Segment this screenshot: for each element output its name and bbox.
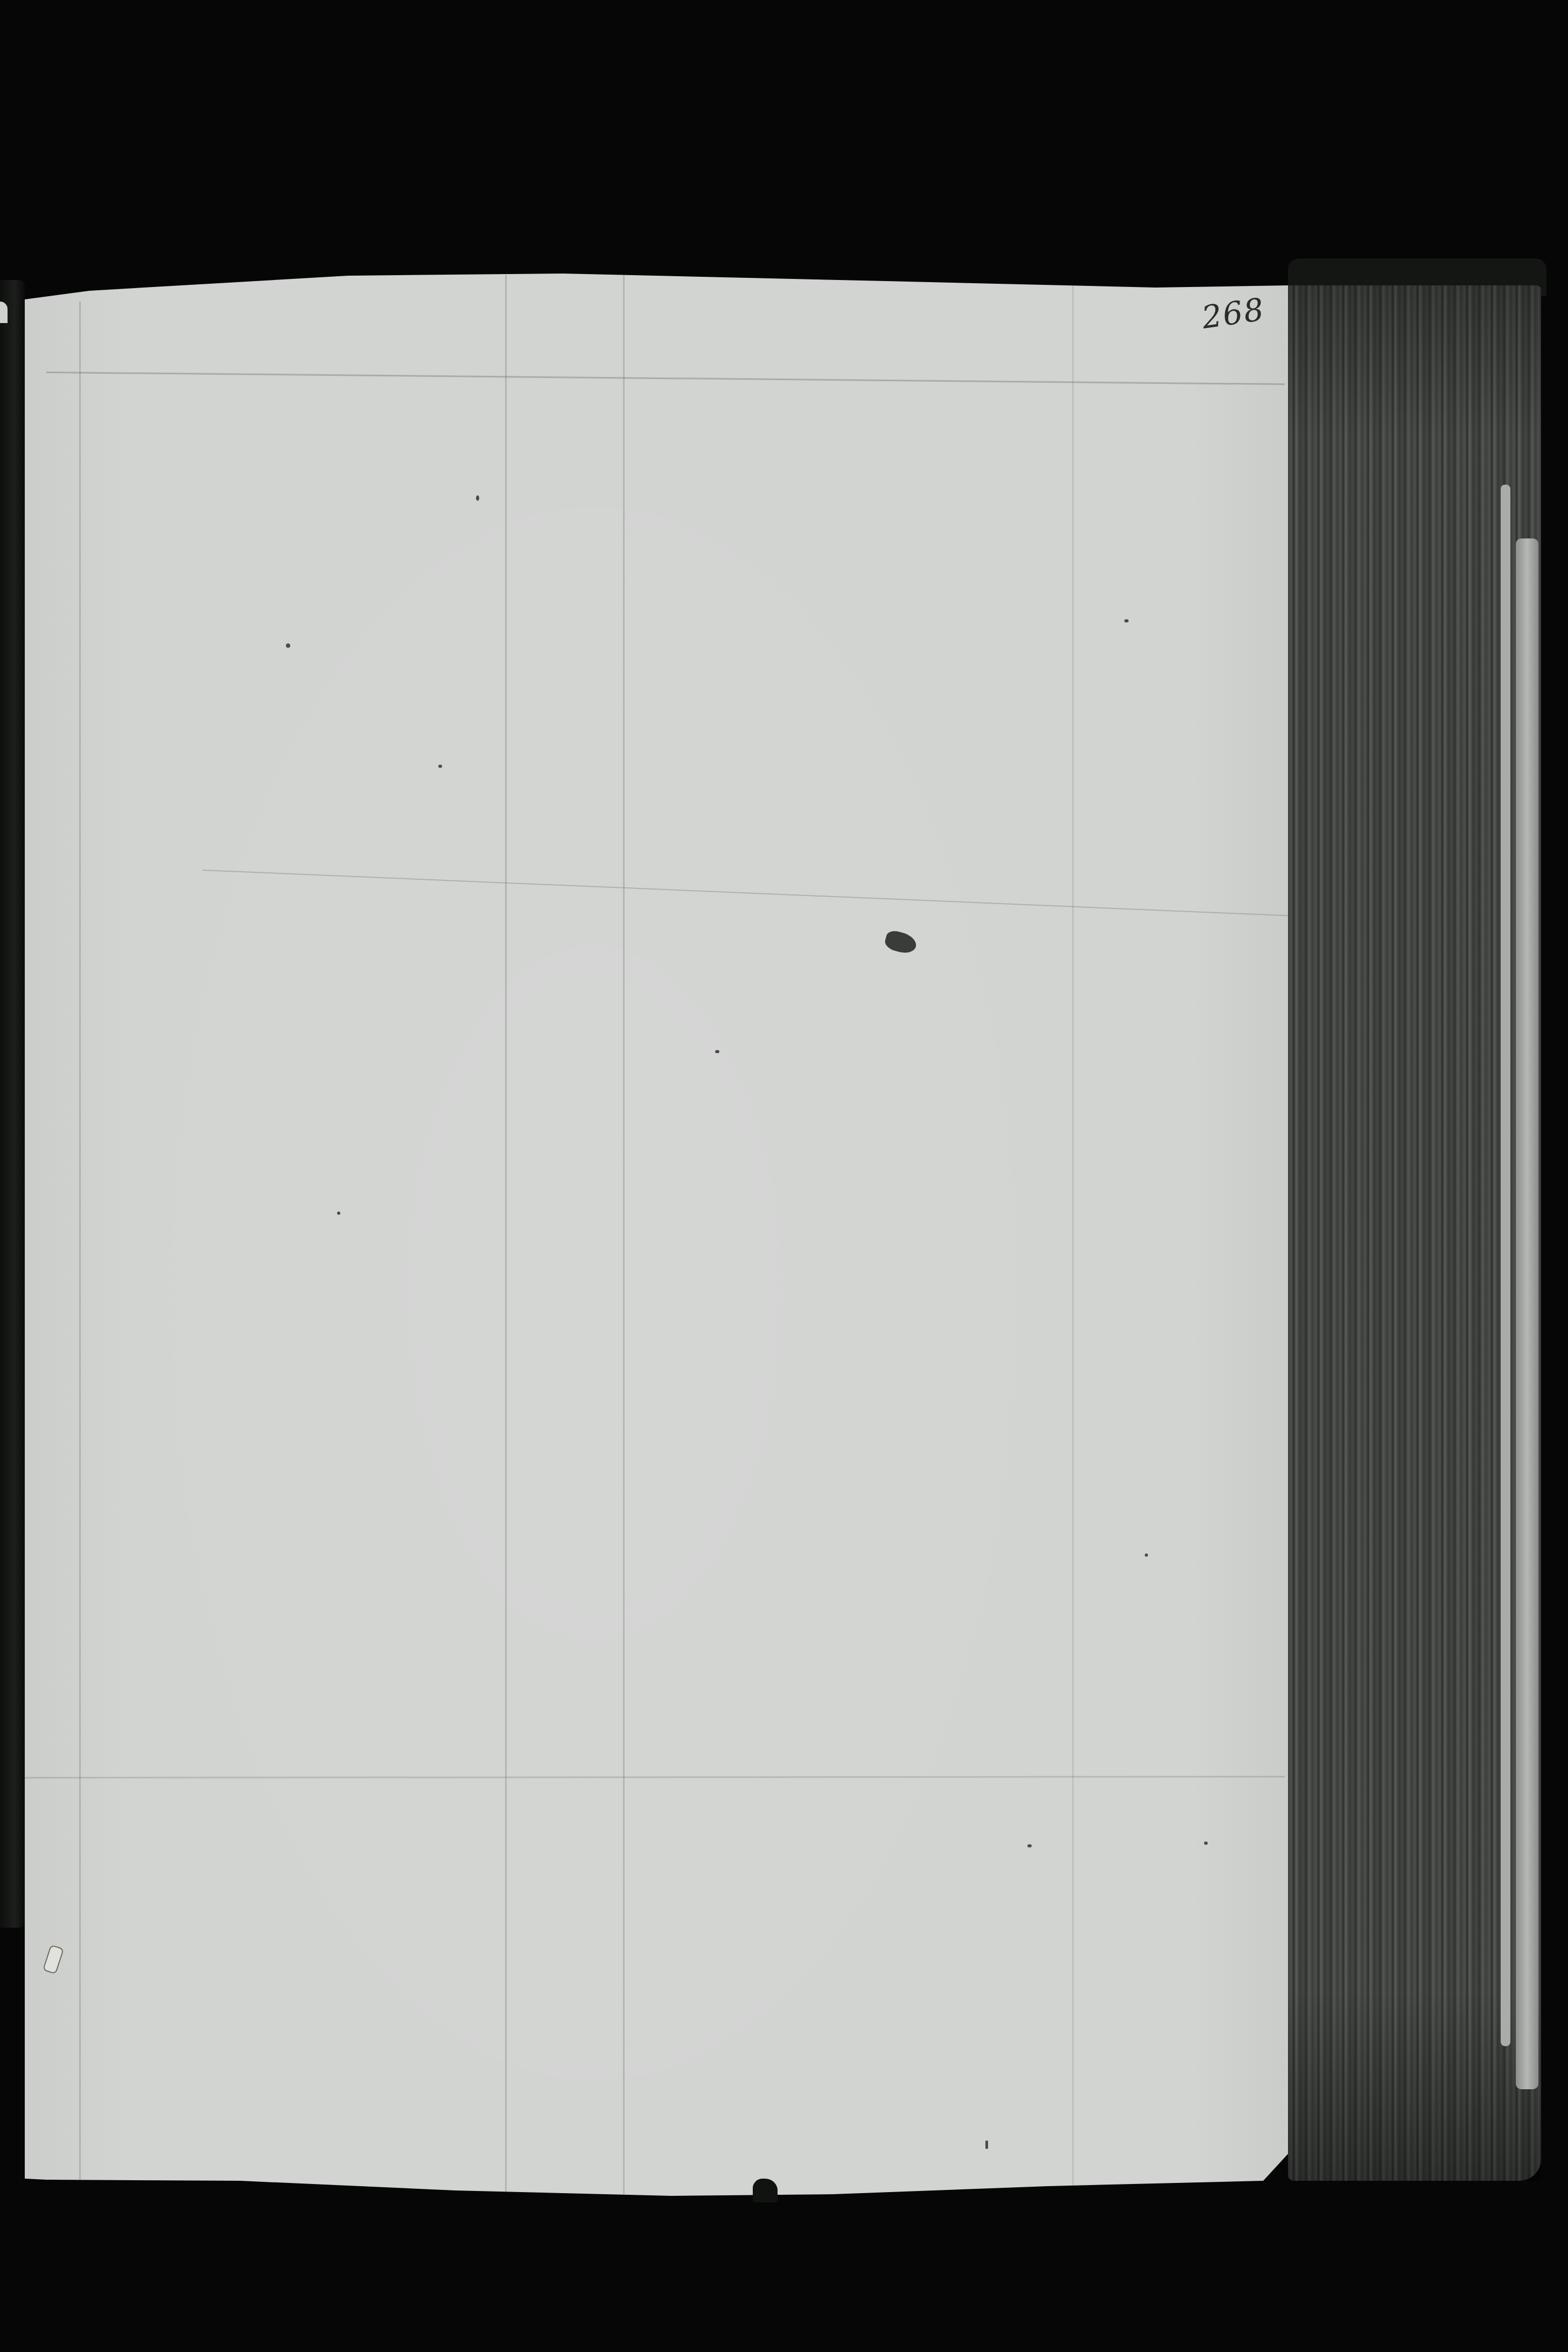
- speck: [337, 1212, 340, 1215]
- column-rule-1: [505, 275, 507, 2192]
- speck: [476, 495, 479, 501]
- speck: [1204, 1842, 1208, 1845]
- speck: [715, 1050, 719, 1053]
- facing-page-corner: [0, 302, 8, 323]
- fore-edge-light-strip: [1501, 485, 1510, 2046]
- facing-page-edge: [0, 280, 25, 1928]
- page-shading: [25, 0, 1290, 2352]
- speck: [1124, 619, 1129, 622]
- scan-background: 268: [0, 0, 1568, 2352]
- speck: [1145, 1553, 1148, 1557]
- speck: [286, 643, 290, 648]
- column-rule-3: [1072, 283, 1074, 2186]
- speck: [438, 765, 442, 768]
- speck: [985, 2140, 988, 2149]
- speck: [1027, 1844, 1032, 1847]
- margin-rule-left: [79, 302, 81, 2181]
- ledger-page: [25, 0, 1290, 2352]
- fore-edge-light-strip: [1516, 538, 1538, 2089]
- column-rule-2: [623, 275, 625, 2194]
- edge-mark: [753, 2179, 778, 2202]
